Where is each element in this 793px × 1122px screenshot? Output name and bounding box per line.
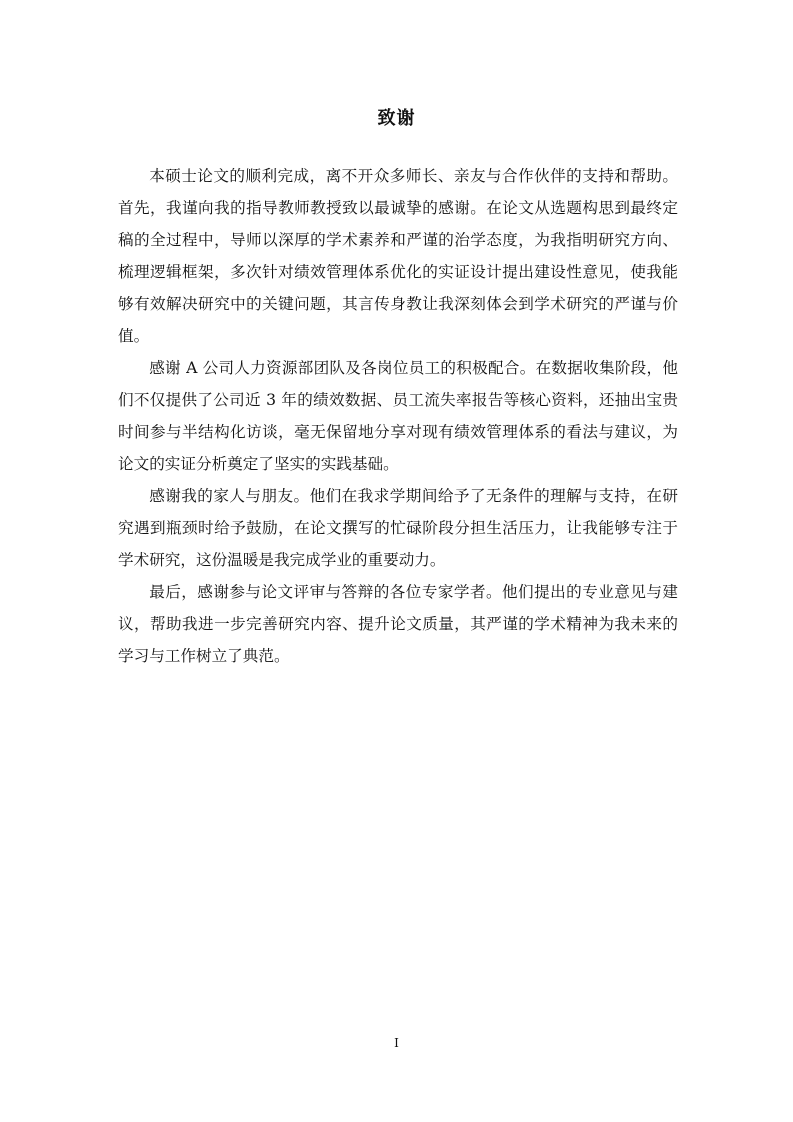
page-number: I [0, 1036, 793, 1050]
paragraph-advisor: 本硕士论文的顺利完成，离不开众多师长、亲友与合作伙伴的支持和帮助。首先，我谨向我… [118, 160, 678, 352]
page-title: 致谢 [0, 104, 793, 130]
paragraph-reviewers: 最后，感谢参与论文评审与答辩的各位专家学者。他们提出的专业意见与建议，帮助我进一… [118, 576, 678, 672]
paragraph-company: 感谢 A 公司人力资源部团队及各岗位员工的积极配合。在数据收集阶段，他们不仅提供… [118, 352, 678, 480]
acknowledgement-body: 本硕士论文的顺利完成，离不开众多师长、亲友与合作伙伴的支持和帮助。首先，我谨向我… [118, 160, 678, 672]
paragraph-family: 感谢我的家人与朋友。他们在我求学期间给予了无条件的理解与支持，在研究遇到瓶颈时给… [118, 480, 678, 576]
